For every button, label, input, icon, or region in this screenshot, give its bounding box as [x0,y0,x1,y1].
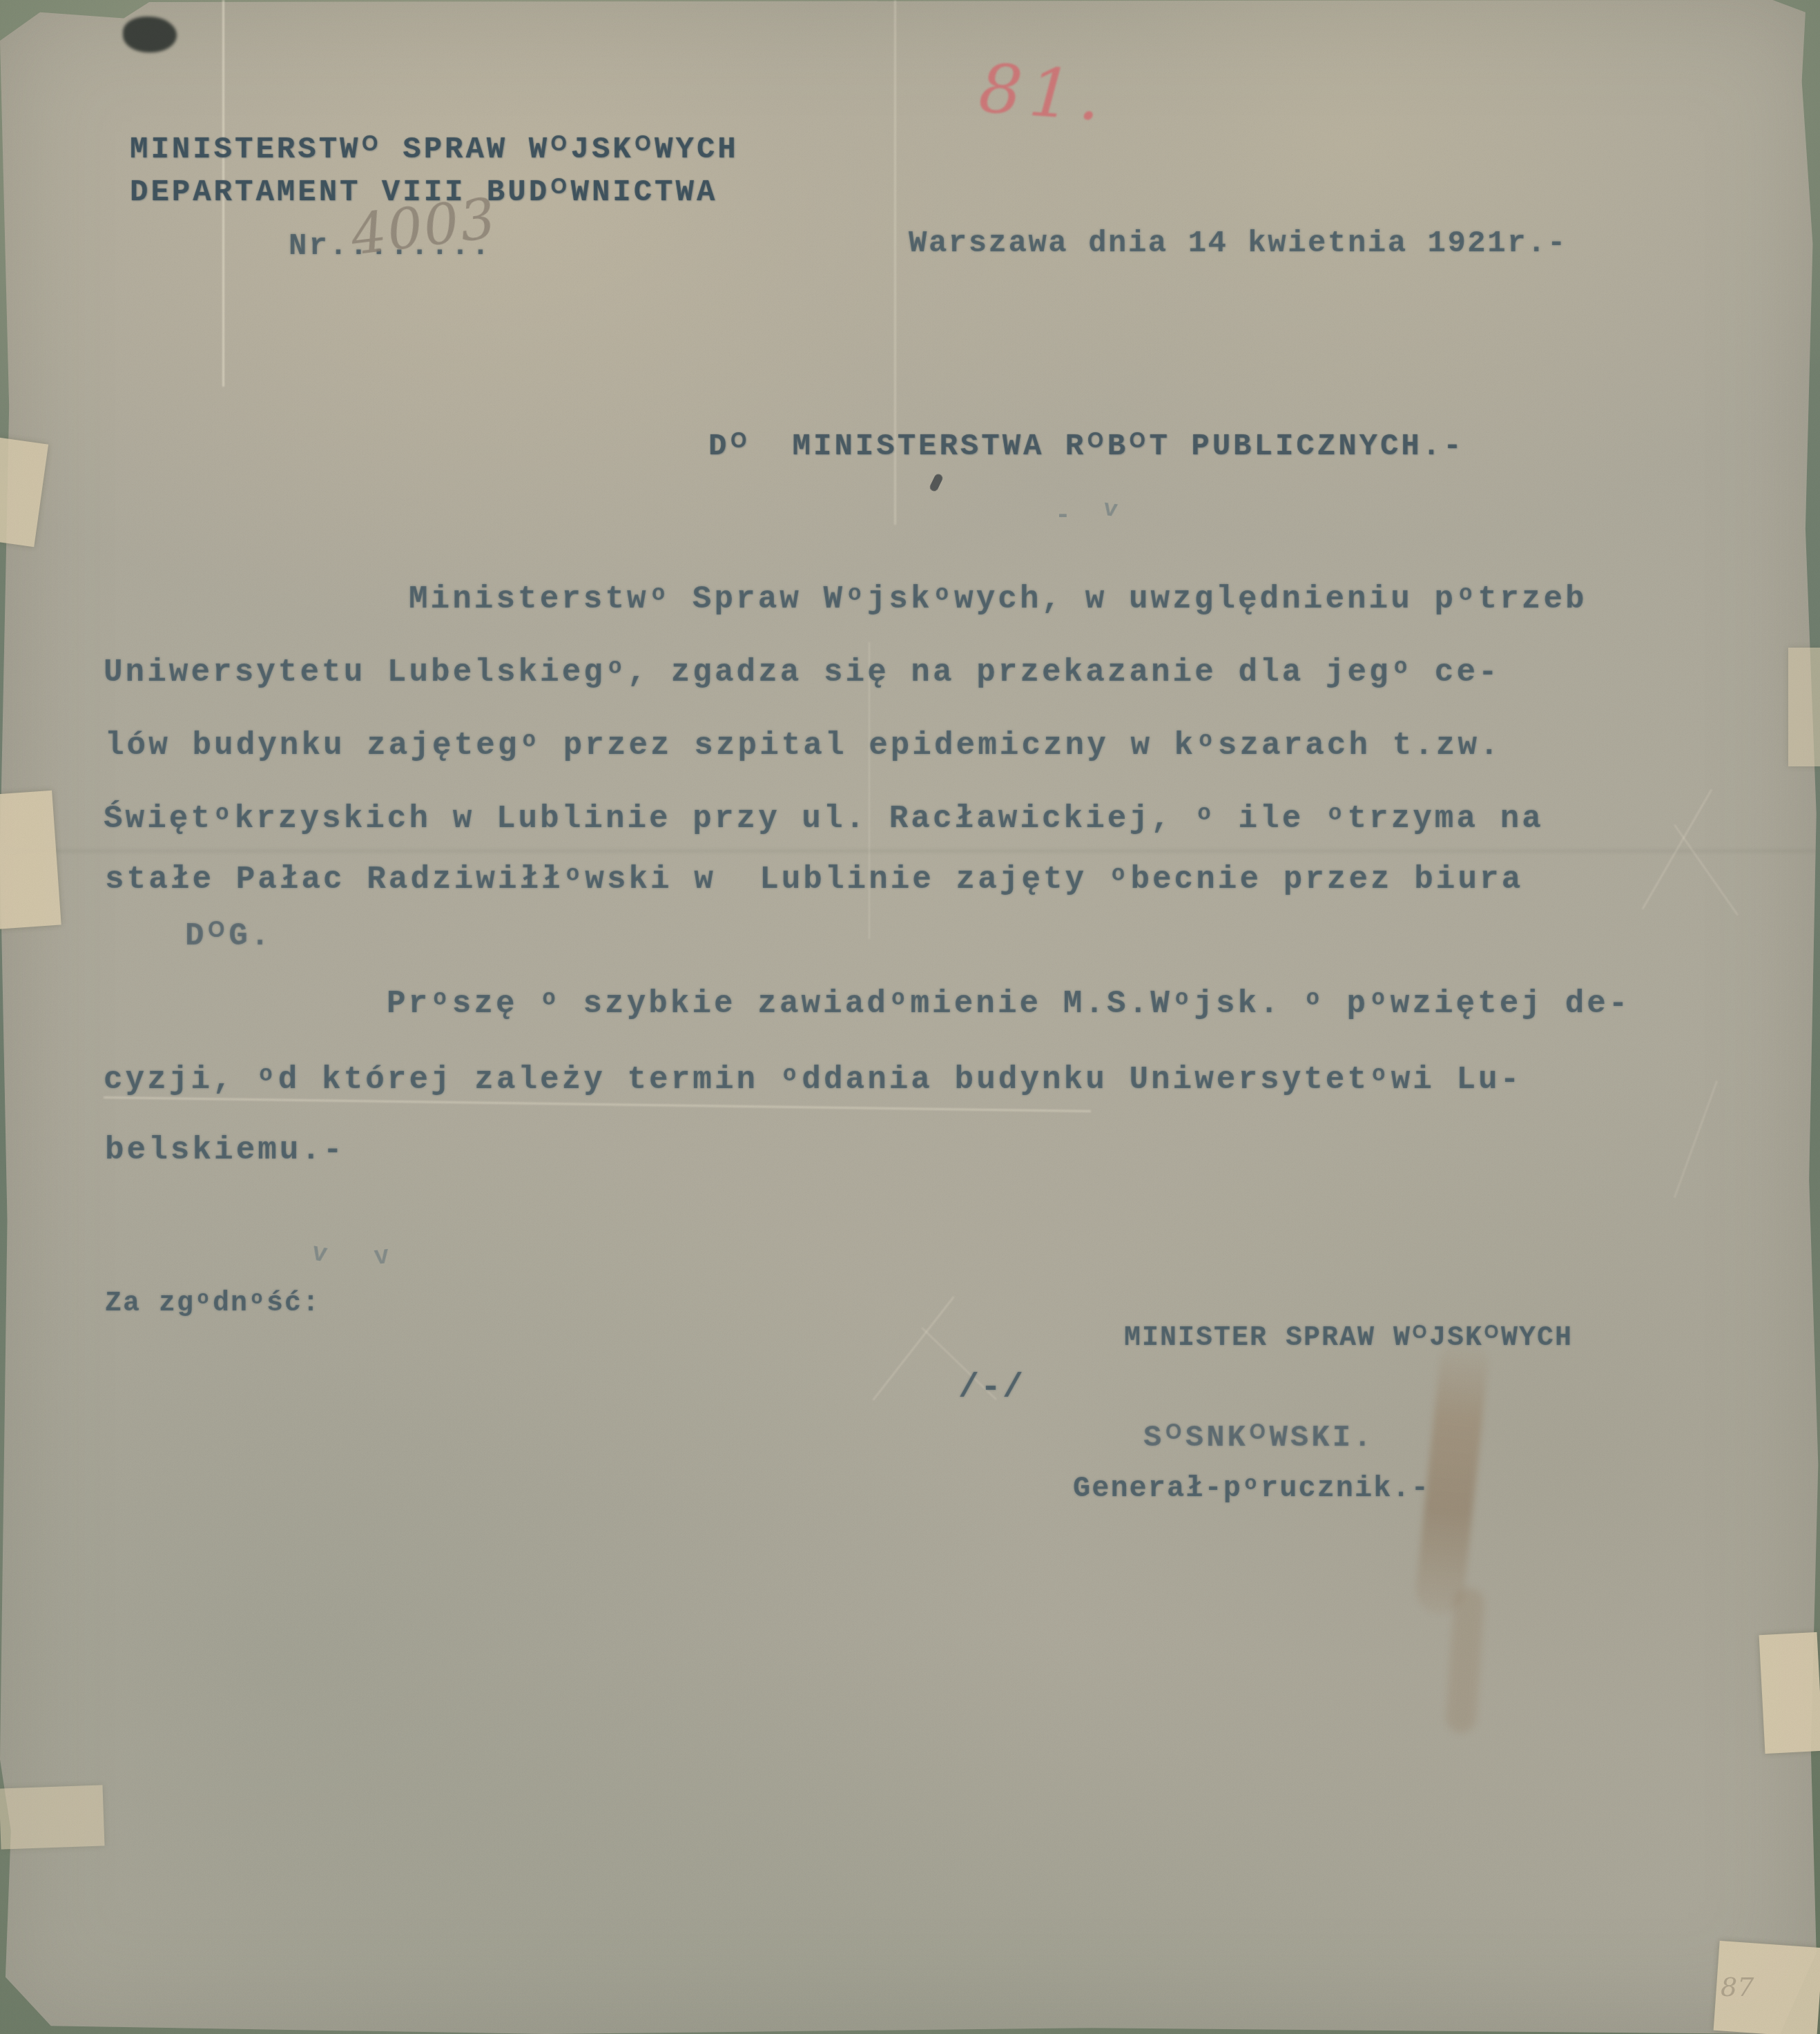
body-line: Uniwersytetu Lubelskiegᵒ, zgadza się na … [104,655,1500,690]
signature-office: MINISTER SPRAW WᴼJSKᴼWYCH [1124,1323,1573,1354]
pencil-mark: - [1055,501,1071,531]
body-line: DᴼG. [185,918,272,954]
body-line: stałe Pałac Radziwiłłᵒwski w Lublinie za… [105,862,1523,898]
body-line: Świętᵒkrzyskich w Lublinie przy ul. Racł… [104,801,1544,837]
body-line: Ministerstwᵒ Spraw Wᵒjskᵒwych, w uwzględ… [409,581,1587,617]
body-line: lów budynku zajętegᵒ przez szpital epide… [105,728,1502,764]
signature-mark: /-/ [958,1368,1025,1408]
pencil-note: 87 [1721,1972,1754,2002]
body-line: Prᵒszę ᵒ szybkie zawiadᵒmienie M.S.Wᵒjsk… [387,986,1630,1022]
recipient-line: Dᴼ MINISTERSTWA RᴼBᴼT PUBLICZNYCH.- [708,429,1464,464]
body-line: belskiemu.- [105,1132,345,1168]
signature-name: SᴼSNKᴼWSKI. [1143,1421,1374,1455]
dateline: Warszawa dnia 14 kwietnia 1921r.- [909,226,1567,261]
archive-number-annotation: 81. [976,50,1110,137]
edge-notch [123,17,177,52]
signature-rank: Generał-pᵒrucznik.- [1073,1472,1430,1505]
body-line: cyzji, ᵒd której zależy termin ᵒddania b… [104,1062,1522,1098]
certification-label: Za zgᵒdnᵒść: [105,1288,320,1319]
scanned-letter: 81. MINISTERSTWᴼ SPRAW WᴼJSKᴼWYCH DEPART… [0,0,1820,2034]
letterhead-line1: MINISTERSTWᴼ SPRAW WᴼJSKᴼWYCH [130,133,739,167]
check-mark: v [373,1242,391,1272]
